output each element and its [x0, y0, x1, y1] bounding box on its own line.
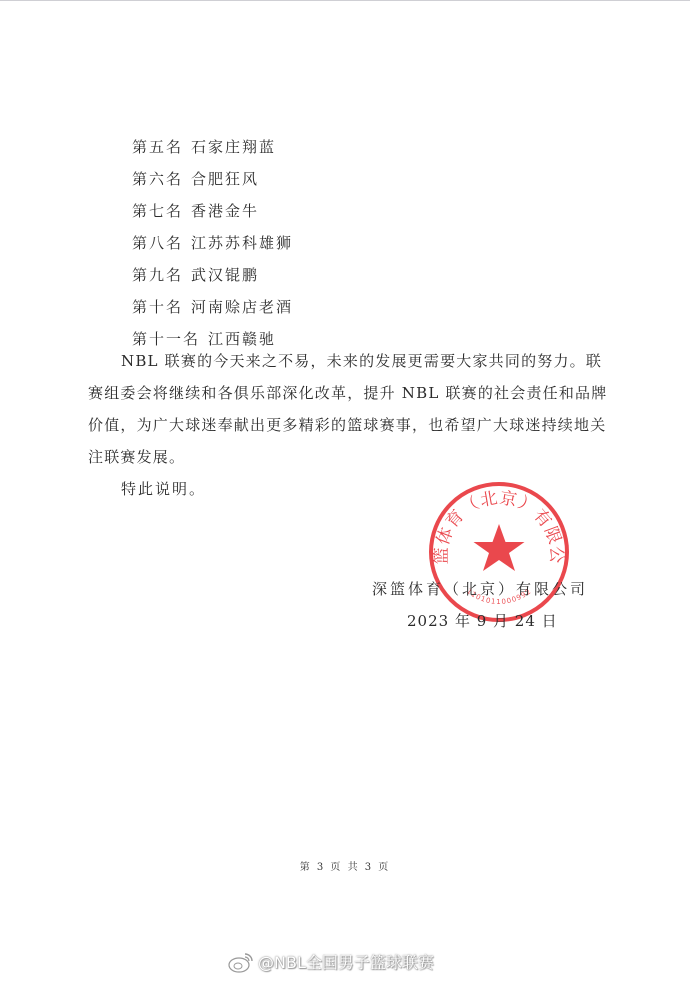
weibo-icon	[228, 951, 254, 973]
signature-company: 深篮体育（北京）有限公司	[372, 573, 588, 605]
rank-team: 石家庄翔蓝	[191, 138, 276, 156]
rank-team: 武汉锟鹏	[191, 266, 259, 284]
rank-team: 江苏苏科雄狮	[191, 234, 293, 252]
signature-date: 2023 年 9 月 24 日	[407, 605, 558, 637]
watermark-text: @NBL全国男子篮球联赛	[258, 950, 434, 973]
ranking-row: 第十名河南赊店老酒	[132, 291, 293, 323]
ranking-list: 第五名石家庄翔蓝 第六名合肥狂风 第七名香港金牛 第八名江苏苏科雄狮 第九名武汉…	[132, 131, 293, 355]
rank-place: 第七名	[132, 195, 183, 227]
ranking-row: 第五名石家庄翔蓝	[132, 131, 293, 163]
page-number: 第 3 页 共 3 页	[0, 858, 690, 873]
watermark: @NBL全国男子篮球联赛	[228, 950, 434, 973]
ranking-row: 第六名合肥狂风	[132, 163, 293, 195]
rank-place: 第八名	[132, 227, 183, 259]
rank-team: 香港金牛	[191, 202, 259, 220]
rank-place: 第五名	[132, 131, 183, 163]
rank-team: 河南赊店老酒	[191, 298, 293, 316]
ranking-row: 第七名香港金牛	[132, 195, 293, 227]
rank-place: 第六名	[132, 163, 183, 195]
ranking-row: 第九名武汉锟鹏	[132, 259, 293, 291]
closing-paragraph: NBL 联赛的今天来之不易，未来的发展更需要大家共同的努力。联赛组委会将继续和各…	[88, 345, 608, 473]
ranking-row: 第八名江苏苏科雄狮	[132, 227, 293, 259]
top-border	[0, 0, 690, 1]
rank-team: 合肥狂风	[191, 170, 259, 188]
rank-place: 第十名	[132, 291, 183, 323]
rank-place: 第九名	[132, 259, 183, 291]
